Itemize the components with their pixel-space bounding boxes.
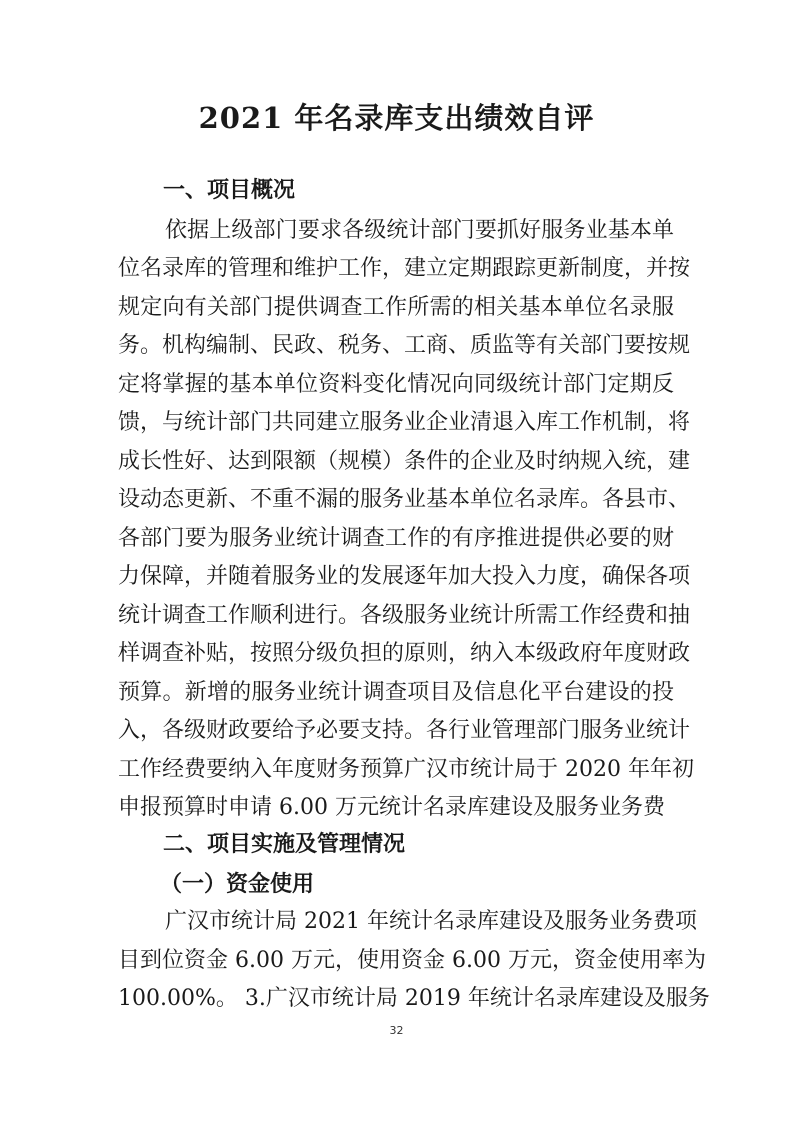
- paragraph-line: 广汉市统计局 2021 年统计名录库建设及服务业务费项: [165, 903, 674, 941]
- document-page: 2021 年名录库支出绩效自评 一、项目概况 依据上级部门要求各级统计部门要抓好…: [0, 0, 793, 1122]
- paragraph-line: 样调查补贴，按照分级负担的原则，纳入本级政府年度财政: [118, 635, 674, 673]
- paragraph-line: 入，各级财政要给予必要支持。各行业管理部门服务业统计: [118, 712, 674, 750]
- paragraph-line: 馈，与统计部门共同建立服务业企业清退入库工作机制，将: [118, 404, 674, 442]
- section-heading-implementation: 二、项目实施及管理情况: [163, 826, 405, 864]
- paragraph-line: 依据上级部门要求各级统计部门要抓好服务业基本单: [165, 212, 674, 250]
- paragraph-line: 100.00%。 3.广汉市统计局 2019 年统计名录库建设及服务: [118, 980, 674, 1018]
- document-title: 2021 年名录库支出绩效自评: [0, 98, 793, 138]
- paragraph-line: 统计调查工作顺利进行。各级服务业统计所需工作经费和抽: [118, 597, 674, 635]
- paragraph-line: 位名录库的管理和维护工作，建立定期跟踪更新制度，并按: [118, 250, 674, 288]
- paragraph-line: 定将掌握的基本单位资料变化情况向同级统计部门定期反: [118, 366, 674, 404]
- page-number: 32: [0, 1024, 793, 1037]
- paragraph-line: 各部门要为服务业统计调查工作的有序推进提供必要的财: [118, 520, 674, 558]
- paragraph-line: 规定向有关部门提供调查工作所需的相关基本单位名录服: [118, 289, 674, 327]
- paragraph-line: 设动态更新、不重不漏的服务业基本单位名录库。各县市、: [118, 481, 674, 519]
- paragraph-line: 成长性好、达到限额（规模）条件的企业及时纳规入统，建: [118, 443, 674, 481]
- paragraph-line: 申报预算时申请 6.00 万元统计名录库建设及服务业务费: [118, 789, 674, 827]
- paragraph-line: 预算。新增的服务业统计调查项目及信息化平台建设的投: [118, 674, 674, 712]
- paragraph-line: 力保障，并随着服务业的发展逐年加大投入力度，确保各项: [118, 558, 674, 596]
- subsection-heading-fund-usage: （一）资金使用: [160, 865, 314, 903]
- paragraph-line: 工作经费要纳入年度财务预算广汉市统计局于 2020 年年初: [118, 751, 674, 789]
- section-heading-project-overview: 一、项目概况: [163, 172, 295, 210]
- paragraph-line: 目到位资金 6.00 万元，使用资金 6.00 万元，资金使用率为: [118, 942, 674, 980]
- paragraph-line: 务。机构编制、民政、税务、工商、质监等有关部门要按规: [118, 327, 674, 365]
